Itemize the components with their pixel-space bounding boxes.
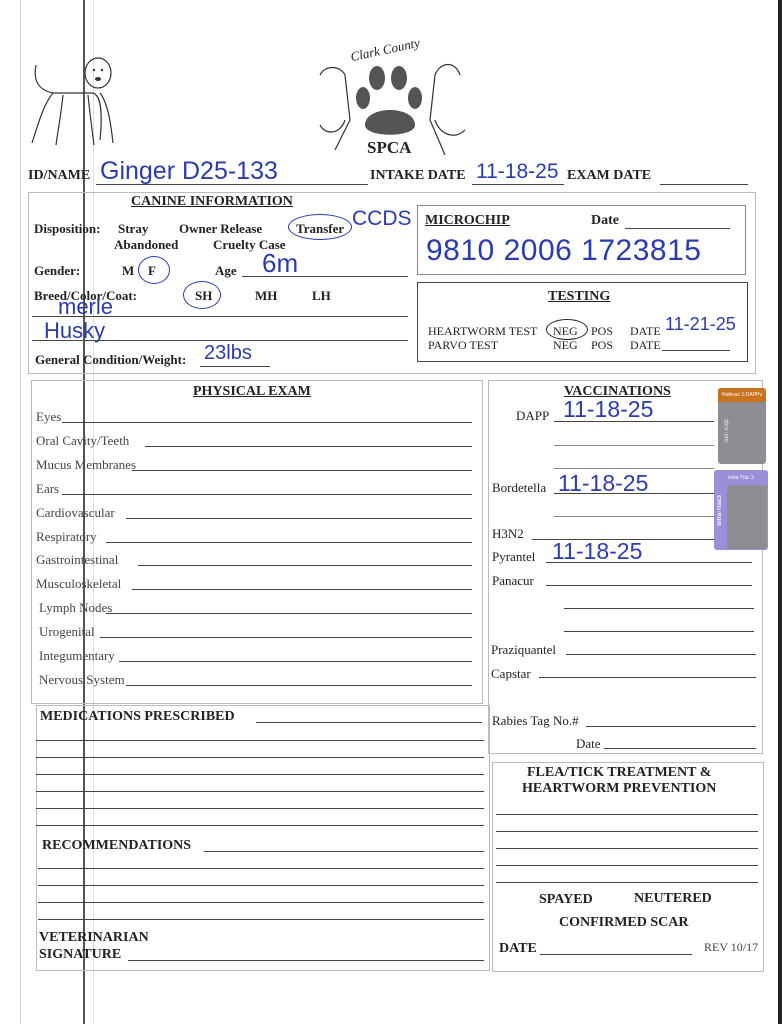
vet-signature-label-1: VETERINARIAN (39, 930, 149, 946)
intake-date-value[interactable]: 11-18-25 (476, 160, 559, 184)
disposition-label: Disposition: (34, 221, 100, 237)
scan-right-edge (778, 0, 782, 1024)
flea-title-1: FLEA/TICK TREATMENT & (527, 765, 711, 781)
bordetella-vaccine-sticker: Intra-Trac 3 Intra-Trac3 (714, 470, 768, 550)
capstar-label: Capstar (491, 666, 531, 682)
physical-exam-item-label: Mucus Membranes (36, 457, 136, 473)
gender-f-circle-mark (138, 256, 170, 284)
microchip-title: MICROCHIP (425, 213, 510, 229)
dapp-line-3[interactable] (554, 468, 714, 469)
recommendation-line[interactable] (38, 902, 484, 903)
testing-title: TESTING (548, 289, 610, 305)
flea-line[interactable] (496, 848, 758, 849)
medication-line[interactable] (36, 774, 484, 775)
coat-sh-circle-mark (183, 281, 221, 309)
parvo-test-label: PARVO TEST (428, 338, 498, 353)
physical-exam-item-line[interactable] (138, 565, 472, 566)
panacur-line[interactable] (546, 585, 752, 586)
intake-date-label: INTAKE DATE (370, 168, 466, 184)
sticker2-side-text: Intra-Trac3 (717, 495, 723, 526)
breed-line2 (32, 340, 408, 341)
condition-label: General Condition/Weight: (35, 352, 186, 368)
medications-line-0[interactable] (256, 722, 482, 723)
physical-exam-item-line[interactable] (119, 661, 472, 662)
physical-exam-item-line[interactable] (62, 422, 472, 423)
vet-signature-label-2: SIGNATURE (39, 947, 121, 963)
physical-exam-item-label: Cardiovascular (36, 505, 115, 521)
physical-exam-item-line[interactable] (100, 637, 472, 638)
age-line (242, 276, 408, 277)
dapp-line-2[interactable] (554, 445, 714, 446)
physical-exam-item-line[interactable] (126, 685, 472, 686)
bordetella-line (554, 493, 714, 494)
microchip-number[interactable]: 9810 2006 1723815 (426, 234, 701, 268)
id-name-line (96, 184, 368, 185)
bordetella-label: Bordetella (492, 480, 546, 496)
sticker1-header: Nobivac 1-DAPPv (718, 388, 766, 402)
disposition-note[interactable]: CCDS (352, 207, 412, 231)
recommendation-line[interactable] (38, 885, 484, 886)
flea-date-line[interactable] (540, 954, 692, 955)
revision-label: REV 10/17 (704, 940, 758, 955)
heartworm-pos[interactable]: POS (591, 324, 613, 339)
bordetella-line-2[interactable] (554, 516, 714, 517)
flea-line[interactable] (496, 882, 758, 883)
praziquantel-line[interactable] (566, 654, 756, 655)
h3n2-label: H3N2 (492, 526, 524, 542)
physical-exam-item-line[interactable] (106, 542, 472, 543)
confirmed-scar-option[interactable]: CONFIRMED SCAR (559, 915, 689, 931)
canine-info-title: CANINE INFORMATION (131, 194, 293, 210)
recommendations-line-0[interactable] (204, 851, 484, 852)
dapp-vaccine-sticker: Nobivac 1-DAPPv Ser: Exp: (718, 388, 766, 464)
coat-lh[interactable]: LH (312, 288, 331, 304)
physical-exam-item-line[interactable] (145, 446, 472, 447)
heartworm-neg-circle-mark (546, 319, 588, 340)
physical-exam-item-line[interactable] (126, 518, 472, 519)
dog-illustration-icon (28, 55, 123, 150)
flea-title-2: HEARTWORM PREVENTION (522, 781, 716, 797)
rabies-date-line[interactable] (604, 748, 756, 749)
heartworm-date-label: DATE (630, 324, 661, 339)
scan-edge-line (20, 0, 21, 1024)
dapp-label: DAPP (516, 408, 549, 424)
panacur-label: Panacur (492, 573, 534, 589)
medications-title: MEDICATIONS PRESCRIBED (40, 709, 235, 725)
flea-line[interactable] (496, 814, 758, 815)
pyrantel-label: Pyrantel (492, 549, 535, 565)
physical-exam-item-label: Respiratory (36, 529, 97, 545)
physical-exam-title: PHYSICAL EXAM (193, 384, 311, 400)
disposition-abandoned[interactable]: Abandoned (114, 237, 178, 253)
physical-exam-item-label: Nervous System (39, 672, 125, 688)
physical-exam-item-line[interactable] (106, 613, 472, 614)
heartworm-test-label: HEARTWORM TEST (428, 324, 537, 339)
recommendations-title: RECOMMENDATIONS (42, 838, 191, 854)
sticker1-lot: Ser: Exp: (724, 418, 730, 443)
breed-line1 (32, 316, 408, 317)
medication-line[interactable] (36, 791, 484, 792)
id-name-label: ID/NAME (28, 168, 90, 184)
microchip-date-line[interactable] (625, 228, 730, 229)
panacur-line-3[interactable] (564, 631, 754, 632)
physical-exam-item-line[interactable] (132, 470, 472, 471)
pyrantel-line (546, 562, 752, 563)
vet-signature-line[interactable] (128, 960, 484, 961)
disposition-stray[interactable]: Stray (118, 221, 148, 237)
pyrantel-value[interactable]: 11-18-25 (552, 538, 642, 565)
flea-line[interactable] (496, 865, 758, 866)
rabies-tag-label: Rabies Tag No.# (492, 713, 579, 729)
age-label: Age (215, 263, 237, 279)
dapp-value[interactable]: 11-18-25 (563, 396, 653, 423)
medication-line[interactable] (36, 825, 484, 826)
neutered-option[interactable]: NEUTERED (634, 891, 712, 907)
physical-exam-item-line[interactable] (62, 494, 472, 495)
physical-exam-item-label: Integumentary (39, 648, 115, 664)
condition-line (200, 366, 270, 367)
parvo-date-label: DATE (630, 338, 661, 353)
dapp-line (554, 421, 714, 422)
rabies-tag-line[interactable] (586, 726, 756, 727)
flea-line[interactable] (496, 831, 758, 832)
physical-exam-item-label: Urogenital (39, 624, 95, 640)
exam-date-label: EXAM DATE (567, 168, 651, 184)
spca-logo: Clark County SPCA (305, 40, 475, 160)
gender-m[interactable]: M (122, 263, 134, 279)
recommendation-line[interactable] (38, 919, 484, 920)
transfer-circle-mark (288, 214, 352, 240)
capstar-line[interactable] (539, 677, 756, 678)
parvo-neg[interactable]: NEG (553, 338, 578, 353)
physical-exam-item-line[interactable] (132, 589, 472, 590)
coat-mh[interactable]: MH (255, 288, 277, 304)
physical-exam-item-label: Gastrointestinal (36, 552, 118, 568)
spayed-option[interactable]: SPAYED (539, 892, 593, 908)
exam-date-line[interactable] (660, 184, 748, 185)
medication-line[interactable] (36, 808, 484, 809)
medication-line[interactable] (36, 740, 484, 741)
physical-exam-item-label: Lymph Nodes (39, 600, 112, 616)
microchip-date-label: Date (591, 213, 619, 229)
rabies-date-label: Date (576, 736, 601, 752)
physical-exam-item-label: Musculoskeletal (36, 576, 121, 592)
physical-exam-item-label: Oral Cavity/Teeth (36, 433, 129, 449)
disposition-owner-release[interactable]: Owner Release (179, 221, 262, 237)
medication-line[interactable] (36, 757, 484, 758)
panacur-line-2[interactable] (564, 608, 754, 609)
physical-exam-item-label: Ears (36, 481, 59, 497)
sticker2-header: Intra-Trac 3 (715, 471, 767, 485)
id-name-value[interactable]: Ginger D25-133 (100, 157, 278, 186)
intake-date-line (472, 184, 564, 185)
age-value[interactable]: 6m (262, 248, 298, 279)
praziquantel-label: Praziquantel (491, 642, 556, 658)
gender-label: Gender: (34, 263, 80, 279)
recommendation-line[interactable] (38, 868, 484, 869)
logo-org-name: SPCA (367, 138, 411, 158)
physical-exam-item-label: Eyes (36, 409, 61, 425)
parvo-date-line[interactable] (662, 350, 730, 351)
condition-value[interactable]: 23lbs (204, 342, 252, 365)
flea-date-label: DATE (499, 941, 537, 957)
parvo-pos[interactable]: POS (591, 338, 613, 353)
heartworm-date-value[interactable]: 11-21-25 (665, 314, 736, 335)
